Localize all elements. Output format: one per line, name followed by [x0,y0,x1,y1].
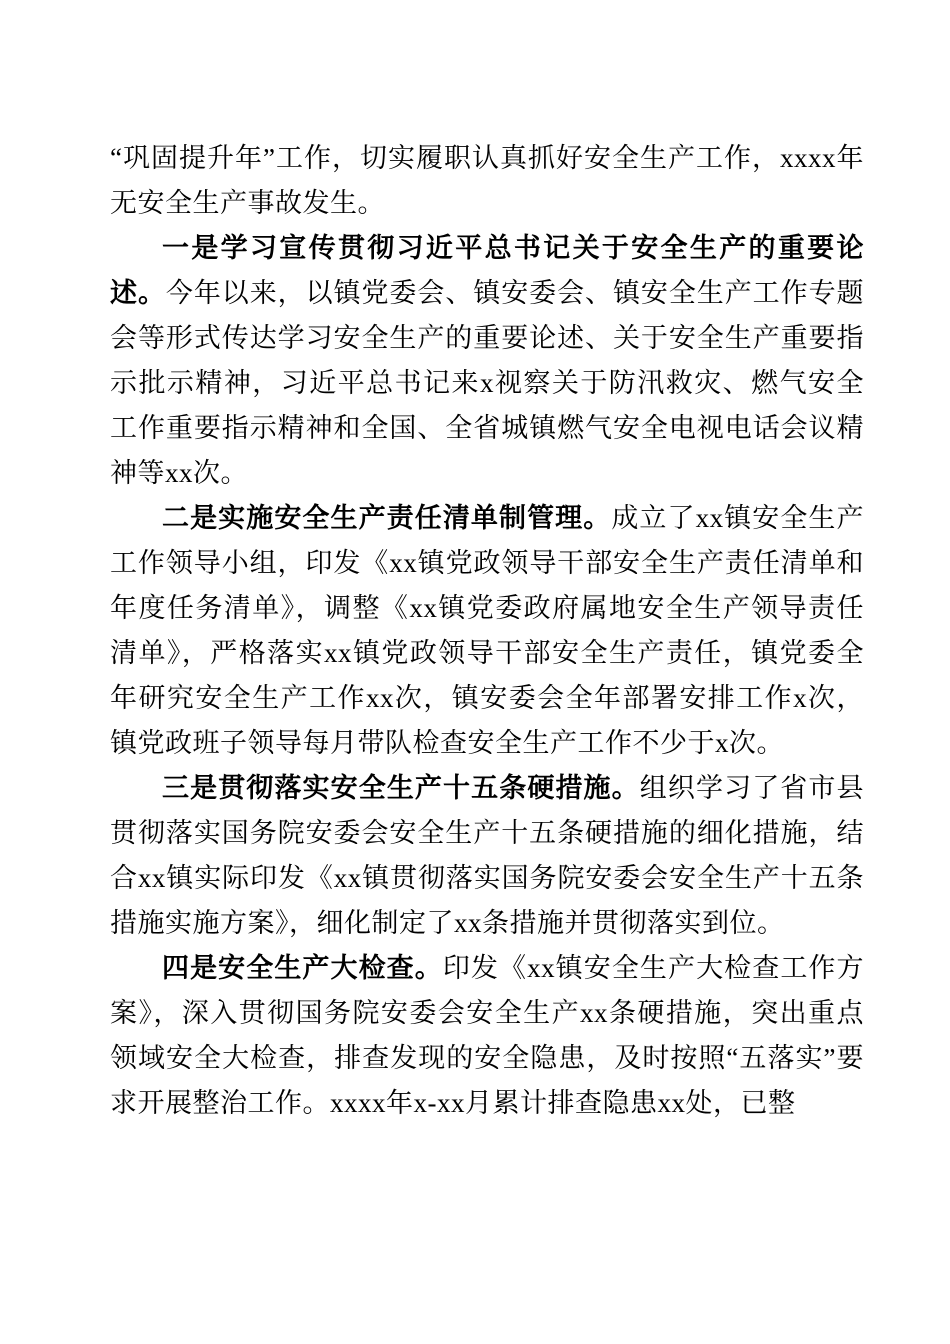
paragraph-text: 成立了xx镇安全生产工作领导小组，印发《xx镇党政领导干部安全生产责任清单和年度… [110,503,864,758]
paragraph: 三是贯彻落实安全生产十五条硬措施。组织学习了省市县贯彻落实国务院安委会安全生产十… [110,766,864,946]
document-body: “巩固提升年”工作，切实履职认真抓好安全生产工作，xxxx年无安全生产事故发生。… [110,136,864,1126]
paragraph-lead: 四是安全生产大检查。 [162,953,443,983]
paragraph: “巩固提升年”工作，切实履职认真抓好安全生产工作，xxxx年无安全生产事故发生。 [110,136,864,226]
paragraph-lead: 二是实施安全生产责任清单制管理。 [162,503,611,533]
paragraph: 四是安全生产大检查。印发《xx镇安全生产大检查工作方案》，深入贯彻国务院安委会安… [110,946,864,1126]
paragraph-text: “巩固提升年”工作，切实履职认真抓好安全生产工作，xxxx年无安全生产事故发生。 [110,143,864,218]
paragraph-text: 今年以来，以镇党委会、镇安委会、镇安全生产工作专题会等形式传达学习安全生产的重要… [110,278,864,488]
paragraph-lead: 三是贯彻落实安全生产十五条硬措施。 [162,773,640,803]
paragraph: 一是学习宣传贯彻习近平总书记关于安全生产的重要论述。今年以来，以镇党委会、镇安委… [110,226,864,496]
document-page: “巩固提升年”工作，切实履职认真抓好安全生产工作，xxxx年无安全生产事故发生。… [0,0,950,1344]
paragraph: 二是实施安全生产责任清单制管理。成立了xx镇安全生产工作领导小组，印发《xx镇党… [110,496,864,766]
